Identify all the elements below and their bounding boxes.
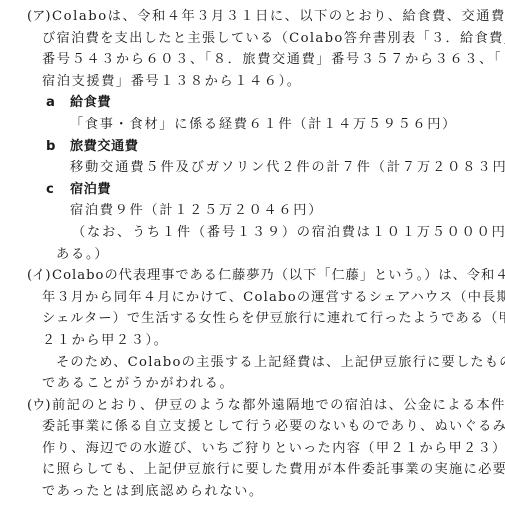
item-letter: c — [46, 179, 54, 201]
paragraph-u-line-3: 作り、海辺での水遊び、いちご狩りといった内容（甲２１から甲２３） — [0, 438, 505, 460]
paragraph-text: であることがうかがわれる。 — [42, 373, 234, 395]
item-detail: 移動交通費５件及びガソリン代２件の計７件（計７万２０８３円） — [70, 157, 505, 179]
paragraph-i-line-5: そのため、Colaboの主張する上記経費は、上記伊豆旅行に要したもの — [0, 352, 505, 374]
item-c-detail-3: ある。） — [0, 244, 505, 266]
paragraph-a-line-2: び宿泊費を支出したと主張している（Colabo答弁書別表「３．給食費」 — [0, 28, 505, 50]
item-a-heading: a 給食費 — [0, 92, 505, 114]
paragraph-a-line-4: 宿泊支援費」番号１３８から１４６）。 — [0, 71, 505, 93]
paragraph-text: 作り、海辺での水遊び、いちご狩りといった内容（甲２１から甲２３） — [42, 438, 505, 460]
paragraph-marker: (イ) — [27, 265, 50, 287]
paragraph-text: そのため、Colaboの主張する上記経費は、上記伊豆旅行に要したもの — [56, 352, 505, 374]
item-detail: 宿泊費９件（計１２５万２０４６円） — [70, 200, 323, 222]
paragraph-text: 宿泊支援費」番号１３８から１４６）。 — [42, 71, 302, 93]
paragraph-text: Colaboの代表理事である仁藤夢乃（以下「仁藤」という。）は、令和４ — [52, 265, 505, 287]
item-a-detail: 「食事・食材」に係る経費６１件（計１４万５９５６円） — [0, 114, 505, 136]
item-letter: a — [46, 92, 55, 114]
paragraph-text: 委託事業に係る自立支援として行う必要のないものであり、ぬいぐるみ — [42, 416, 505, 438]
item-c-heading: c 宿泊費 — [0, 179, 505, 201]
item-b-heading: b 旅費交通費 — [0, 136, 505, 158]
paragraph-i-line-6: であることがうかがわれる。 — [0, 373, 505, 395]
paragraph-text: であったとは到底認められない。 — [42, 481, 264, 503]
item-heading: 給食費 — [70, 92, 111, 114]
document-page: (ア) Colaboは、令和４年３月３１日に、以下のとおり、給食費、交通費及 び… — [0, 6, 505, 503]
paragraph-u-line-5: であったとは到底認められない。 — [0, 481, 505, 503]
item-c-detail-1: 宿泊費９件（計１２５万２０４６円） — [0, 200, 505, 222]
paragraph-text: 前記のとおり、伊豆のような都外遠隔地での宿泊は、公金による本件 — [52, 395, 505, 417]
paragraph-text: 番号５４３から６０３、「８．旅費交通費」番号３５７から３６３、「９． — [42, 49, 505, 71]
paragraph-i-line-2: 年３月から同年４月にかけて、Colaboの運営するシェアハウス（中長期 — [0, 287, 505, 309]
item-b-detail: 移動交通費５件及びガソリン代２件の計７件（計７万２０８３円） — [0, 157, 505, 179]
paragraph-a-line-3: 番号５４３から６０３、「８．旅費交通費」番号３５７から３６３、「９． — [0, 49, 505, 71]
item-detail: 「食事・食材」に係る経費６１件（計１４万５９５６円） — [70, 114, 457, 136]
paragraph-text: に照らしても、上記伊豆旅行に要した費用が本件委託事業の実施に必要 — [42, 459, 505, 481]
paragraph-text: 年３月から同年４月にかけて、Colaboの運営するシェアハウス（中長期 — [42, 287, 505, 309]
item-heading: 宿泊費 — [70, 179, 111, 201]
paragraph-u-line-1: (ウ) 前記のとおり、伊豆のような都外遠隔地での宿泊は、公金による本件 — [0, 395, 505, 417]
item-detail: （なお、うち１件（番号１３９）の宿泊費は１０１万５０００円で — [72, 222, 505, 244]
paragraph-marker: (ア) — [27, 6, 50, 28]
paragraph-text: シェルター）で生活する女性らを伊豆旅行に連れて行ったようである（甲 — [42, 308, 505, 330]
paragraph-text: Colaboは、令和４年３月３１日に、以下のとおり、給食費、交通費及 — [52, 6, 505, 28]
paragraph-marker: (ウ) — [27, 395, 50, 417]
paragraph-text: び宿泊費を支出したと主張している（Colabo答弁書別表「３．給食費」 — [42, 28, 505, 50]
item-detail: ある。） — [56, 244, 109, 266]
paragraph-a-line-1: (ア) Colaboは、令和４年３月３１日に、以下のとおり、給食費、交通費及 — [0, 6, 505, 28]
paragraph-u-line-4: に照らしても、上記伊豆旅行に要した費用が本件委託事業の実施に必要 — [0, 459, 505, 481]
paragraph-text: ２１から甲２３）。 — [42, 330, 169, 352]
paragraph-i-line-4: ２１から甲２３）。 — [0, 330, 505, 352]
paragraph-u-line-2: 委託事業に係る自立支援として行う必要のないものであり、ぬいぐるみ — [0, 416, 505, 438]
paragraph-i-line-1: (イ) Colaboの代表理事である仁藤夢乃（以下「仁藤」という。）は、令和４ — [0, 265, 505, 287]
item-heading: 旅費交通費 — [70, 136, 138, 158]
item-letter: b — [46, 136, 55, 158]
item-c-detail-2: （なお、うち１件（番号１３９）の宿泊費は１０１万５０００円で — [0, 222, 505, 244]
paragraph-i-line-3: シェルター）で生活する女性らを伊豆旅行に連れて行ったようである（甲 — [0, 308, 505, 330]
